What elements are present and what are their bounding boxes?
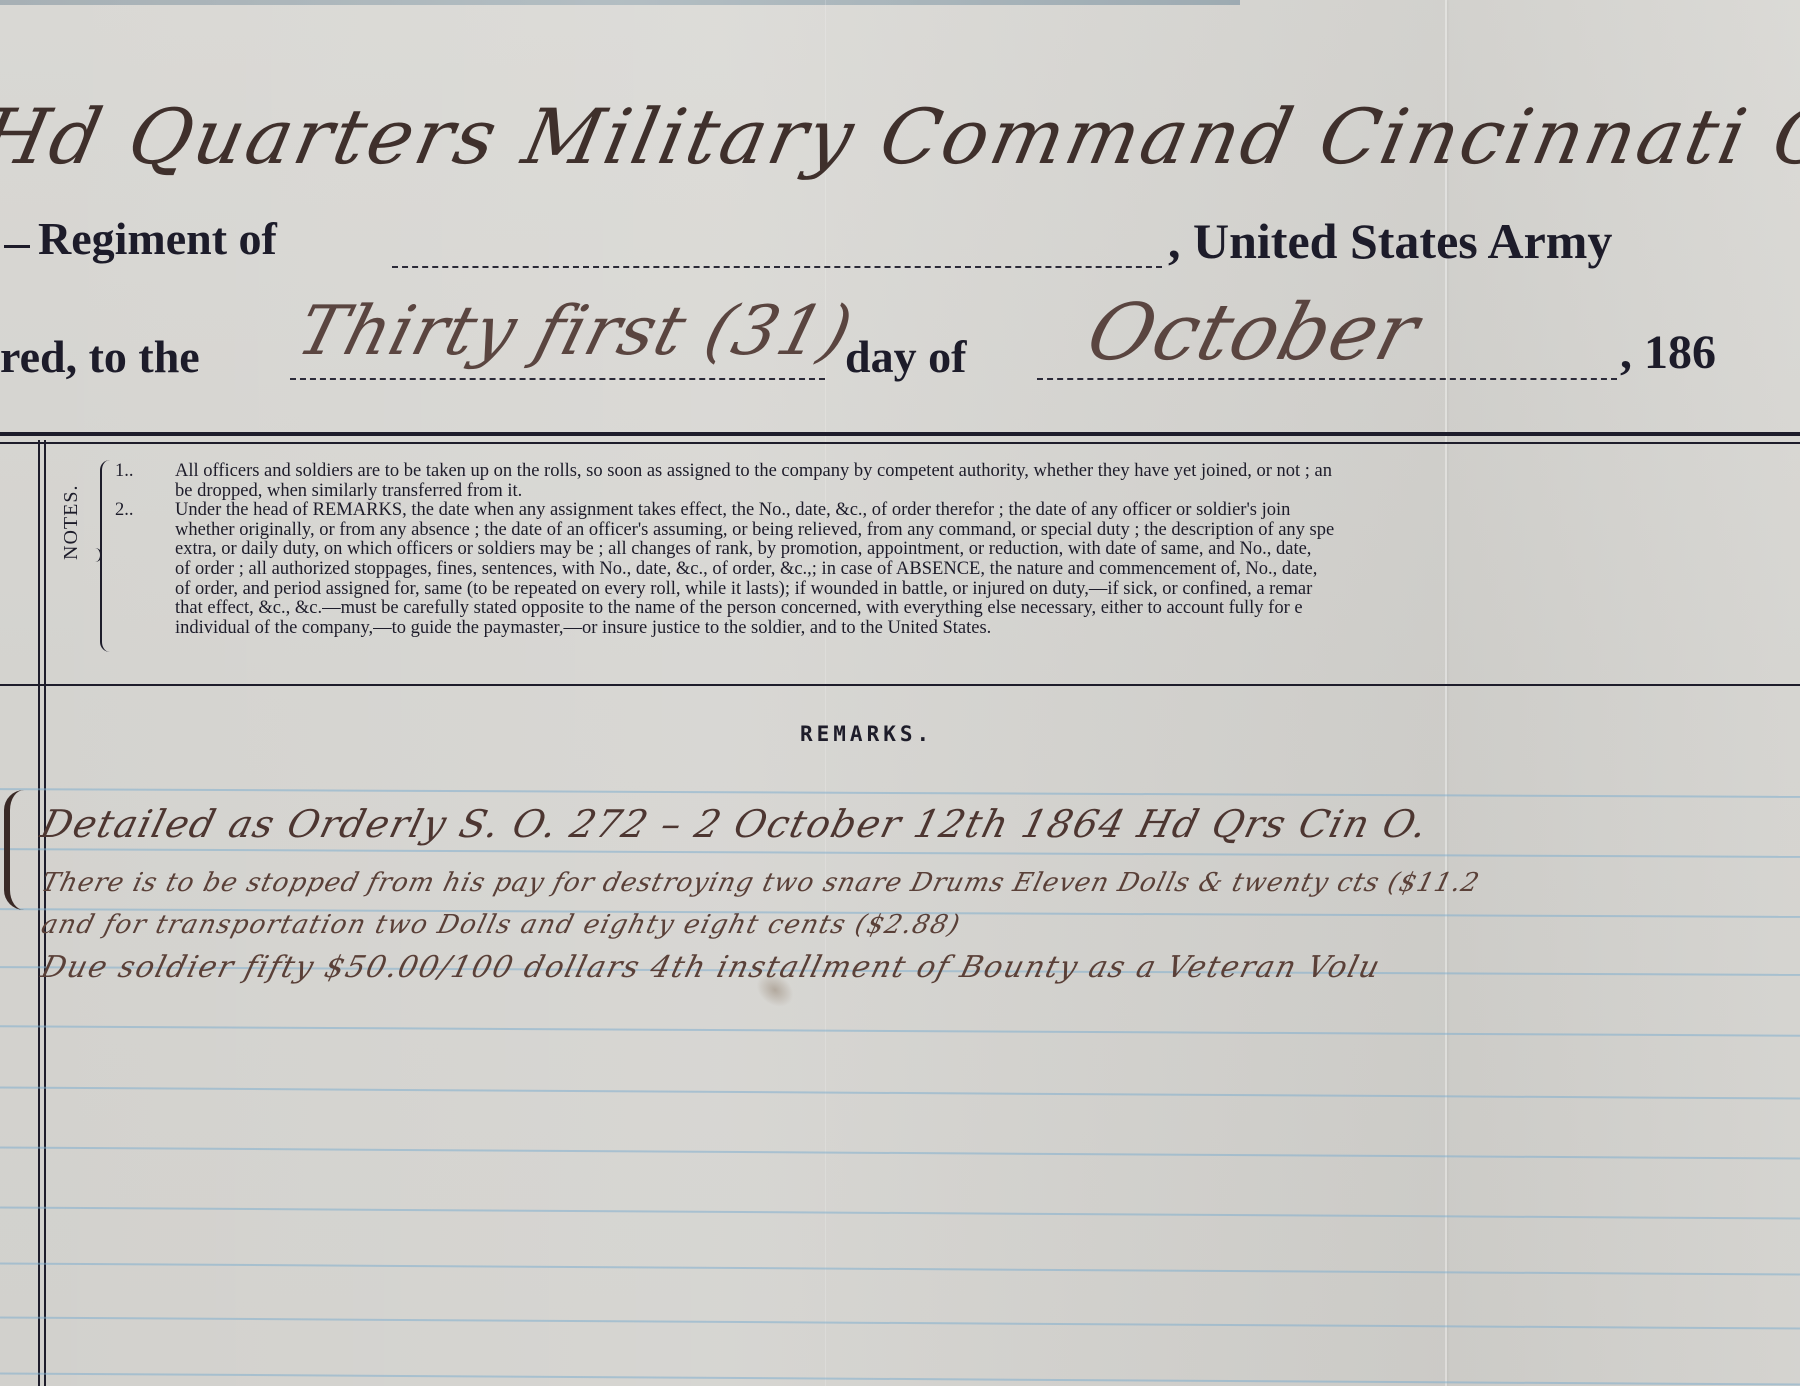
- ruled-line: [0, 1263, 1800, 1276]
- margin-line: [38, 440, 40, 1386]
- note-number: 2..: [115, 501, 175, 521]
- note-item-2: 2..Under the head of REMARKS, the date w…: [115, 501, 1800, 638]
- note-line: of order ; all authorized stoppages, fin…: [115, 560, 1800, 580]
- note-number: 1..: [115, 462, 175, 482]
- ruled-line: [0, 788, 1800, 798]
- notes-bottom-rule: [0, 684, 1800, 686]
- ruled-line: [0, 1207, 1800, 1220]
- paper-fold: [1445, 0, 1447, 1386]
- regiment-prefix: Regiment of: [4, 212, 277, 265]
- paper-fold: [825, 0, 826, 1386]
- note-line: whether originally, or from any absence …: [115, 521, 1800, 541]
- remark-line: Detailed as Orderly S. O. 272 – 2 Octobe…: [37, 802, 1433, 846]
- notes-label: NOTES.: [60, 485, 83, 560]
- regiment-label: Regiment of: [38, 213, 277, 264]
- ruled-line: [0, 1087, 1800, 1100]
- day-value: Thirty first (31): [289, 292, 861, 371]
- paper-top-edge: [0, 0, 1240, 5]
- ruled-line: [0, 848, 1800, 858]
- ruled-line: [0, 1025, 1800, 1036]
- handwritten-brace: [4, 790, 24, 910]
- note-line: that effect, &c., &c.—must be carefully …: [115, 599, 1800, 619]
- notes-body: 1..All officers and soldiers are to be t…: [115, 462, 1800, 638]
- note-item-1: 1..All officers and soldiers are to be t…: [115, 462, 1800, 501]
- note-line: of order, and period assigned for, same …: [115, 580, 1800, 600]
- army-label: , United States Army: [1168, 212, 1612, 270]
- date-prefix: red, to the: [0, 330, 200, 383]
- note-line: All officers and soldiers are to be take…: [175, 461, 1332, 481]
- remark-line: Due soldier fifty $50.00/100 dollars 4th…: [38, 950, 1385, 985]
- blank-underscore: [4, 245, 30, 248]
- ruled-line: [0, 1373, 1800, 1386]
- remark-line: There is to be stopped from his pay for …: [38, 868, 1482, 898]
- notes-brace: [100, 460, 114, 652]
- note-line: individual of the company,—to guide the …: [115, 619, 1800, 639]
- ruled-line: [0, 1147, 1800, 1160]
- day-of-label: day of: [845, 330, 966, 383]
- header-rule: [0, 442, 1800, 444]
- header-rule: [0, 432, 1800, 436]
- year-prefix: , 186: [1620, 325, 1716, 380]
- day-blank-line[interactable]: [290, 378, 825, 380]
- remarks-heading: REMARKS.: [800, 722, 933, 746]
- month-blank-line[interactable]: [1037, 378, 1617, 380]
- note-line: extra, or daily duty, on which officers …: [115, 540, 1800, 560]
- note-line: Under the head of REMARKS, the date when…: [175, 500, 1290, 520]
- header-handwritten: Hd Quarters Military Command Cincinnati …: [0, 92, 1800, 181]
- note-line: be dropped, when similarly transferred f…: [115, 482, 1800, 502]
- remark-line: and for transportation two Dolls and eig…: [38, 910, 964, 940]
- ruled-line: [0, 1317, 1800, 1330]
- month-value: October: [1078, 288, 1428, 378]
- regiment-blank-line[interactable]: [392, 266, 1162, 268]
